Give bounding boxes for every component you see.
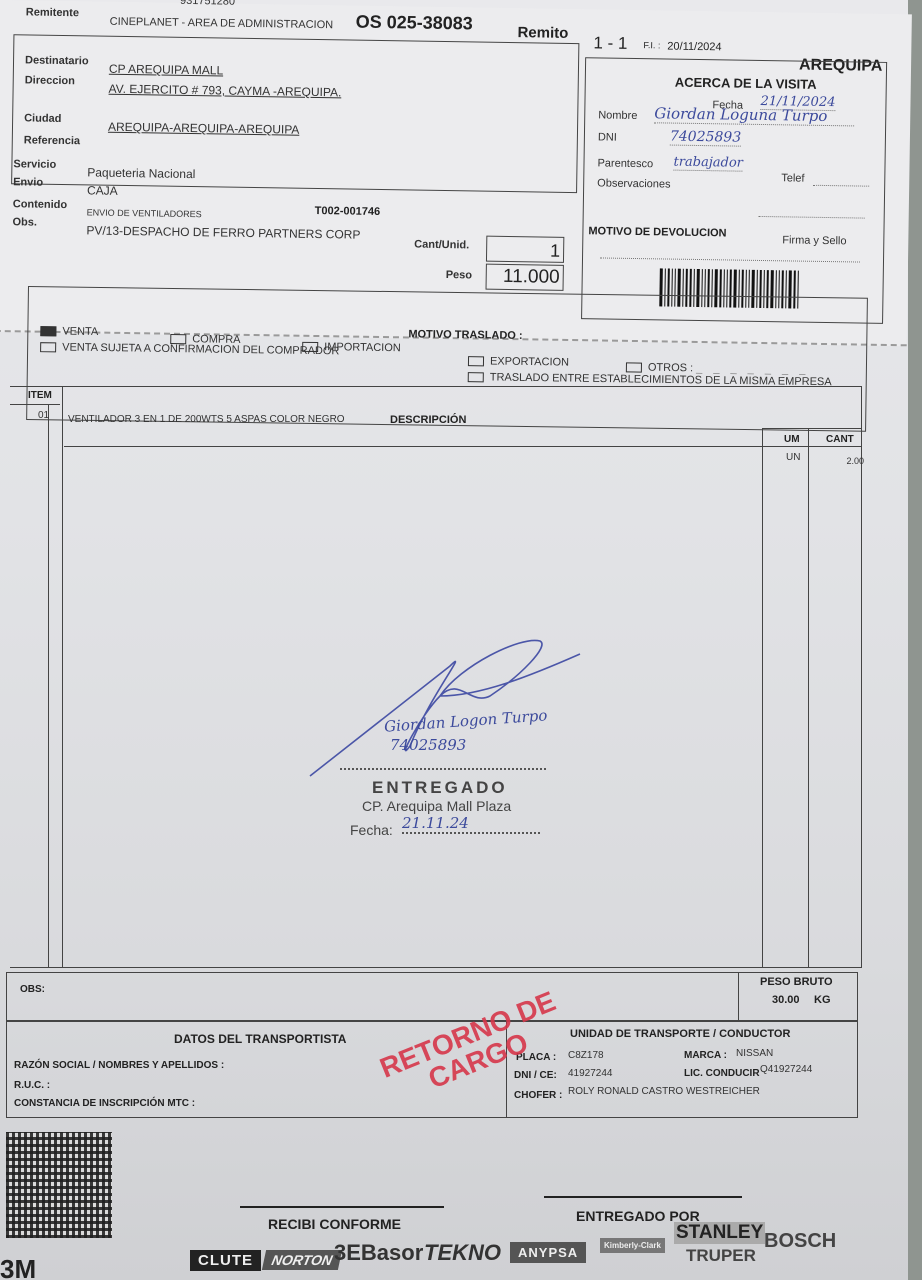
- visit-telef-label: Telef: [781, 172, 804, 184]
- recibi-conforme-label: RECIBI CONFORME: [268, 1216, 401, 1232]
- marca-label: MARCA :: [684, 1050, 727, 1061]
- checkbox-otros[interactable]: [626, 362, 642, 372]
- stamp-line: [340, 768, 546, 770]
- contenido-label: Contenido: [13, 198, 68, 211]
- peso-value: 11.000: [486, 266, 560, 289]
- option-label: VENTA: [62, 325, 98, 337]
- delivered-status: ENTREGADO: [372, 778, 508, 798]
- brand-logo-clute: CLUTE: [190, 1250, 261, 1271]
- visit-observaciones-label: Observaciones: [597, 177, 671, 190]
- cell-item: 01: [38, 410, 49, 421]
- remitente-value: CINEPLANET - AREA DE ADMINISTRACION: [110, 16, 334, 32]
- obs-box: [6, 972, 858, 1022]
- peso-bruto-value: 30.00: [772, 994, 800, 1006]
- firma-sello-label: Firma y Sello: [782, 234, 846, 247]
- option-label: EXPORTACION: [490, 355, 569, 368]
- ruc-label: R.U.C. :: [14, 1080, 50, 1091]
- obs-value: PV/13-DESPACHO DE FERRO PARTNERS CORP: [86, 223, 360, 241]
- ciudad-label: Ciudad: [24, 112, 61, 125]
- brand-logo-tekno: TEKNO: [424, 1240, 501, 1266]
- cant-col-divider: [808, 428, 809, 968]
- visit-nombre-value: Giordan Loguna Turpo: [654, 104, 854, 126]
- item-header-line: [10, 404, 60, 405]
- desc-header-bottom: [64, 446, 862, 447]
- contenido-value: ENVIO DE VENTILADORES: [87, 207, 202, 219]
- servicio-label: Servicio: [13, 158, 56, 171]
- placa-value: C8Z178: [568, 1050, 604, 1061]
- razon-social-label: RAZÓN SOCIAL / NOMBRES Y APELLIDOS :: [14, 1060, 224, 1071]
- option-venta[interactable]: VENTA: [40, 325, 98, 338]
- brand-logo-3m: 3M: [0, 1254, 36, 1280]
- peso-label: Peso: [446, 269, 472, 281]
- servicio-value: Paqueteria Nacional: [87, 165, 195, 181]
- cell-cant: 2.00: [830, 456, 864, 466]
- constancia-label: CONSTANCIA DE INSCRIPCIÓN MTC :: [14, 1098, 195, 1109]
- destinatario-label: Destinatario: [25, 54, 89, 67]
- chofer-label: CHOFER :: [514, 1090, 562, 1101]
- th-descripcion: DESCRIPCIÓN: [390, 414, 466, 426]
- dni-ce-value: 41927244: [568, 1068, 613, 1079]
- obs-footer-label: OBS:: [20, 984, 45, 995]
- cant-label: Cant/Unid.: [414, 239, 469, 252]
- th-cant: CANT: [826, 434, 854, 445]
- licencia-value: Q41927244: [760, 1064, 812, 1075]
- guia-number: T002-001746: [315, 205, 381, 218]
- um-header-top: [762, 428, 862, 429]
- chofer-value: ROLY RONALD CASTRO WESTREICHER: [568, 1086, 760, 1097]
- visit-parentesco-value: trabajador: [673, 155, 743, 172]
- phone-fragment: 931751280: [180, 0, 235, 8]
- fi-date: 20/11/2024: [667, 40, 721, 53]
- handwritten-dni: 74025893: [390, 736, 466, 754]
- marca-value: NISSAN: [736, 1048, 773, 1059]
- delivered-place: CP. Arequipa Mall Plaza: [362, 798, 511, 814]
- qr-code: [6, 1132, 112, 1238]
- peso-bruto-label: PESO BRUTO: [760, 976, 833, 988]
- visit-dni-label: DNI: [598, 131, 617, 143]
- option-venta-sujeta[interactable]: VENTA SUJETA A CONFIRMACION DEL COMPRADO…: [40, 341, 339, 357]
- brand-logo-norton: NORTON: [262, 1250, 342, 1270]
- peso-divider: [738, 972, 739, 1022]
- referencia-label: Referencia: [24, 134, 80, 147]
- option-label: OTROS :: [648, 362, 693, 375]
- cell-descripcion: VENTILADOR 3 EN 1 DE 200WTS 5 ASPAS COLO…: [68, 414, 345, 425]
- um-col-divider: [762, 428, 763, 968]
- brand-logo-kimberly-clark: Kimberly-Clark: [600, 1238, 665, 1253]
- dni-ce-label: DNI / CE:: [514, 1070, 557, 1081]
- entregado-line: [544, 1196, 742, 1198]
- brand-logo-truper: TRUPER: [686, 1246, 756, 1266]
- item-col-divider: [62, 386, 63, 968]
- brand-logo-bosch: BOSCH: [764, 1230, 836, 1253]
- licencia-label: LIC. CONDUCIR: [684, 1068, 760, 1079]
- option-exportacion[interactable]: EXPORTACION: [468, 355, 569, 368]
- brand-logo-anypsa: ANYPSA: [510, 1242, 586, 1263]
- cell-um: UN: [786, 452, 800, 463]
- envio-value: CAJA: [87, 183, 118, 197]
- fi-label: F.I. :: [643, 40, 660, 50]
- th-item: ITEM: [28, 390, 52, 401]
- item-col-inner: [48, 404, 49, 968]
- direccion-label: Direccion: [25, 74, 75, 87]
- motivo-traslado-title: MOTIVO TRASLADO :: [408, 328, 522, 342]
- cant-value: 1: [486, 240, 560, 262]
- delivered-fecha-value: 21.11.24: [402, 814, 540, 834]
- checkbox-venta-sujeta[interactable]: [40, 342, 56, 352]
- visit-nombre-label: Nombre: [598, 109, 637, 122]
- obs-label: Obs.: [12, 216, 37, 228]
- brand-logo-stanley: STANLEY: [674, 1222, 765, 1244]
- checkbox-venta[interactable]: [40, 326, 56, 336]
- visit-dni-value: 74025893: [670, 129, 742, 147]
- checkbox-traslado[interactable]: [468, 372, 484, 382]
- visit-title: ACERCA DE LA VISITA: [675, 75, 817, 92]
- option-label: VENTA SUJETA A CONFIRMACION DEL COMPRADO…: [62, 341, 339, 357]
- delivered-fecha-label: Fecha:: [350, 822, 393, 838]
- waybill-sheet: 931751280 OS 025-38083 Remito 1 - 1 F.I.…: [0, 0, 908, 1280]
- transportista-title: DATOS DEL TRANSPORTISTA: [174, 1032, 346, 1046]
- th-um: UM: [784, 434, 800, 445]
- checkbox-exportacion[interactable]: [468, 356, 484, 366]
- unidad-title: UNIDAD DE TRANSPORTE / CONDUCTOR: [570, 1028, 790, 1040]
- destinatario-value: CP AREQUIPA MALL: [109, 62, 223, 78]
- visit-parentesco-label: Parentesco: [597, 157, 653, 170]
- remito-value: 1 - 1: [593, 33, 627, 54]
- ciudad-value: AREQUIPA-AREQUIPA-AREQUIPA: [108, 120, 300, 137]
- motivo-devolucion-label: MOTIVO DE DEVOLUCION: [588, 225, 726, 239]
- envio-label: Envio: [13, 176, 43, 188]
- peso-bruto-unit: KG: [814, 994, 831, 1006]
- recibi-line: [240, 1206, 444, 1208]
- remitente-label: Remitente: [26, 6, 79, 19]
- brand-logo-basor: 3EBasor: [334, 1240, 423, 1266]
- order-number: OS 025-38083: [356, 12, 473, 35]
- remito-label: Remito: [517, 24, 568, 42]
